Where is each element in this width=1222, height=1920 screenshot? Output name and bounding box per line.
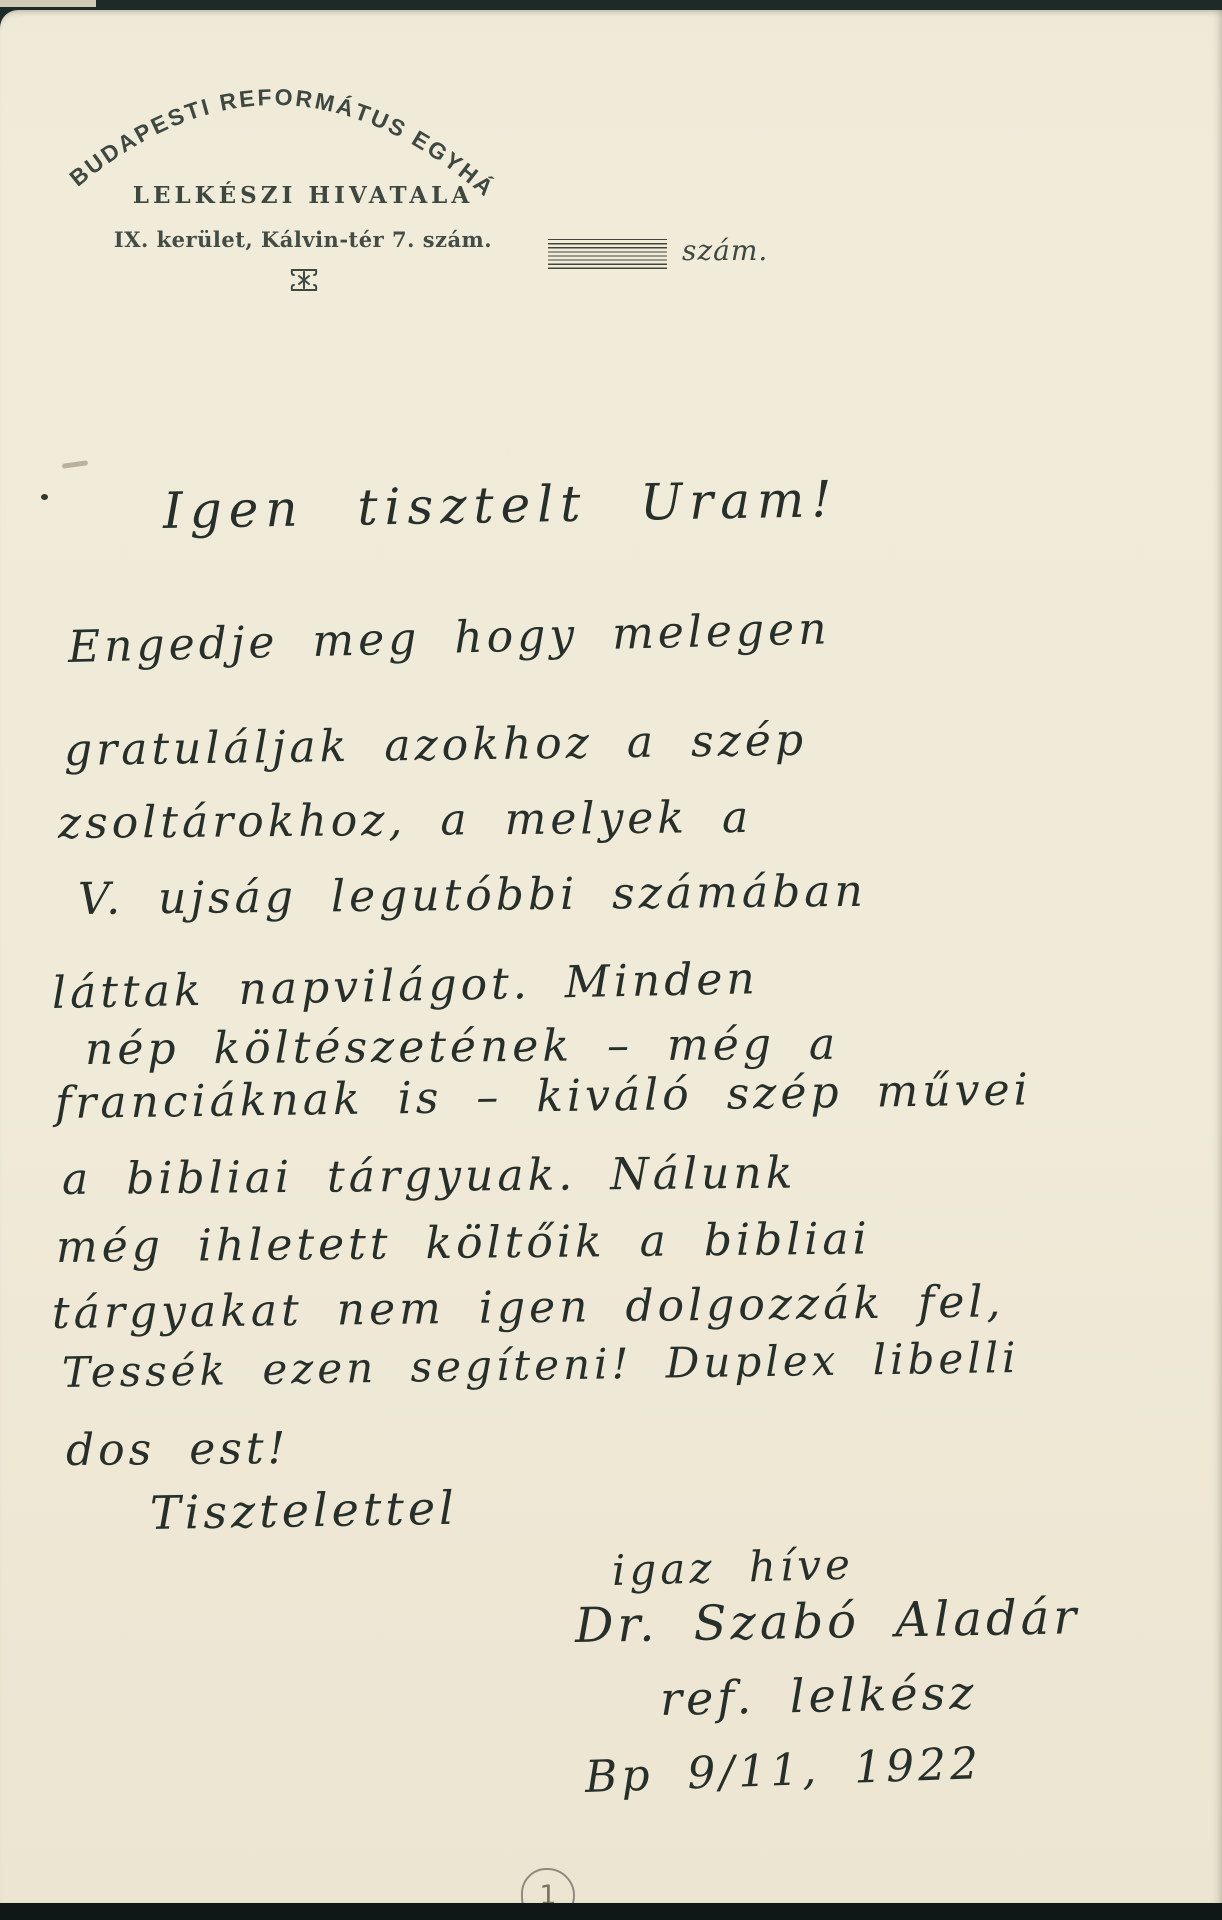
body-line: a bibliai tárgyuak. Nálunk bbox=[62, 1148, 797, 1205]
ink-dot bbox=[41, 494, 48, 500]
signature-title: ref. lelkész bbox=[659, 1665, 977, 1726]
signature-name: Dr. Szabó Aladár bbox=[575, 1589, 1081, 1654]
body-line: még ihletett költőik a bibliai bbox=[56, 1213, 871, 1273]
body-line: Engedje meg hogy melegen bbox=[67, 603, 831, 673]
body-line: láttak napvilágot. Minden bbox=[51, 953, 759, 1019]
letter-paper: A BUDAPESTI REFORMÁTUS EGYHÁZ LELKÉSZI H… bbox=[0, 10, 1222, 1903]
closing-salute: Tisztelettel bbox=[150, 1481, 459, 1540]
salutation: Igen tisztelt Uram! bbox=[162, 470, 838, 540]
printers-ornament-icon bbox=[289, 266, 319, 294]
svg-text:A BUDAPESTI REFORMÁTUS EGYHÁZ: A BUDAPESTI REFORMÁTUS EGYHÁZ bbox=[58, 52, 498, 202]
body-line: zsoltárokhoz, a melyek a bbox=[58, 792, 753, 849]
body-line: Tessék ezen segíteni! Duplex libelli bbox=[62, 1333, 1020, 1397]
signature-devotion-line: igaz híve bbox=[611, 1540, 854, 1595]
body-line: tárgyakat nem igen dolgozzák fel, bbox=[52, 1276, 1005, 1339]
body-line: dos est! bbox=[66, 1423, 290, 1476]
date-line: Bp 9/11, 1922 bbox=[584, 1738, 983, 1803]
letterhead-arc-text: A BUDAPESTI REFORMÁTUS EGYHÁZ bbox=[58, 52, 498, 202]
body-line: nép költészetének – még a bbox=[85, 1019, 839, 1075]
document-number-blank-lines bbox=[548, 239, 667, 272]
letterhead-office-line: LELKÉSZI HIVATALA bbox=[58, 182, 548, 209]
scan-edge-bottom bbox=[0, 1903, 1222, 1920]
letterhead-address-line: IX. kerület, Kálvin-tér 7. szám. bbox=[58, 227, 548, 252]
body-line: V. ujság legutóbbi számában bbox=[78, 866, 867, 925]
document-number-label: szám. bbox=[682, 234, 768, 267]
scan-top-paper-sliver bbox=[0, 0, 96, 7]
pencil-smudge bbox=[62, 460, 88, 469]
body-line: gratuláljak azokhoz a szép bbox=[64, 715, 808, 776]
